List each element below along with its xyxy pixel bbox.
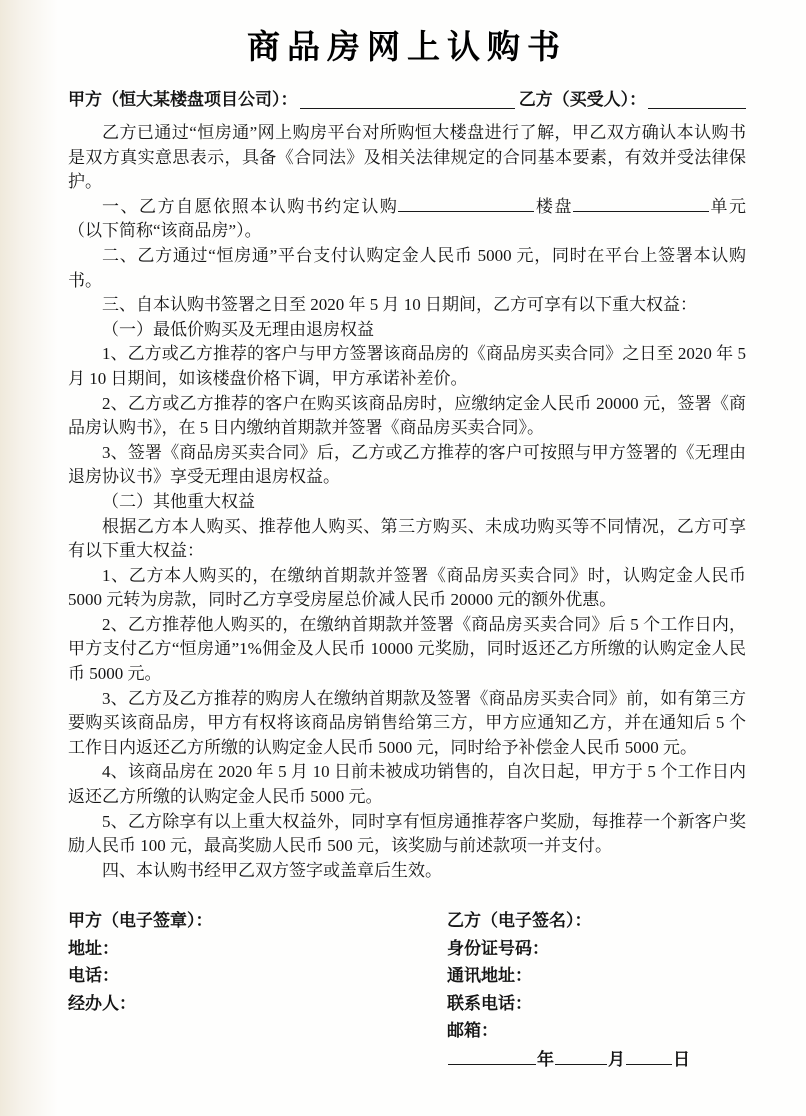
paragraph: 四、本认购书经甲乙双方签字或盖章后生效。	[68, 859, 746, 884]
text-run: 日	[673, 1050, 690, 1069]
party-b-name-blank[interactable]	[648, 94, 746, 109]
scan-edge-shading	[0, 0, 58, 1116]
party-b-signature-labels: 乙方（电子签名）：身份证号码：通讯地址：联系电话：邮箱：	[447, 907, 746, 1045]
signature-label: 邮箱：	[447, 1017, 746, 1045]
text-run: 3、乙方及乙方推荐的购房人在缴纳首期款及签署《商品房买卖合同》前，如有第三方要购…	[68, 689, 746, 757]
text-run: 1、乙方或乙方推荐的客户与甲方签署该商品房的《商品房买卖合同》之日至 2020 …	[68, 344, 746, 388]
party-header-line: 甲方（恒大某楼盘项目公司）： 乙方（买受人）：	[68, 88, 746, 112]
text-run: 根据乙方本人购买、推荐他人购买、第三方购买、未成功购买等不同情况，乙方可享有以下…	[68, 517, 746, 561]
text-run: （一）最低价购买及无理由退房权益	[102, 320, 374, 339]
paragraph: 三、自本认购书签署之日至 2020 年 5 月 10 日期间，乙方可享有以下重大…	[68, 293, 746, 318]
paragraph: 5、乙方除享有以上重大权益外，同时享有恒房通推荐客户奖励，每推荐一个新客户奖励人…	[68, 810, 746, 859]
text-run: 2、乙方推荐他人购买的，在缴纳首期款并签署《商品房买卖合同》后 5 个工作日内，…	[68, 615, 746, 683]
signature-date-line: 年月日	[447, 1046, 746, 1074]
text-run: 年	[537, 1050, 554, 1069]
text-run: 三、自本认购书签署之日至 2020 年 5 月 10 日期间，乙方可享有以下重大…	[102, 295, 697, 314]
paragraph: 一、乙方自愿依照本认购书约定认购楼盘单元（以下简称“该商品房”）。	[68, 195, 746, 244]
signature-label: 通讯地址：	[447, 962, 746, 990]
paragraph: 4、该商品房在 2020 年 5 月 10 日前未被成功销售的，自次日起，甲方于…	[68, 760, 746, 809]
paragraph: 1、乙方或乙方推荐的客户与甲方签署该商品房的《商品房买卖合同》之日至 2020 …	[68, 342, 746, 391]
fill-in-blank[interactable]	[448, 1049, 536, 1065]
body-paragraphs: 乙方已通过“恒房通”网上购房平台对所购恒大楼盘进行了解，甲乙双方确认本认购书是双…	[68, 121, 746, 883]
signature-block: 甲方（电子签章）：地址：电话：经办人： 乙方（电子签名）：身份证号码：通讯地址：…	[68, 907, 746, 1073]
text-run: 四、本认购书经甲乙双方签字或盖章后生效。	[102, 861, 442, 880]
text-run: 4、该商品房在 2020 年 5 月 10 日前未被成功销售的，自次日起，甲方于…	[68, 762, 746, 806]
fill-in-blank[interactable]	[398, 196, 534, 212]
document-title: 商品房网上认购书	[68, 26, 746, 68]
fill-in-blank[interactable]	[573, 196, 709, 212]
paragraph: 2、乙方推荐他人购买的，在缴纳首期款并签署《商品房买卖合同》后 5 个工作日内，…	[68, 613, 746, 687]
paragraph: （二）其他重大权益	[68, 490, 746, 515]
signature-label: 地址：	[68, 935, 447, 963]
text-run: 月	[608, 1050, 625, 1069]
signature-label: 电话：	[68, 962, 447, 990]
paragraph: 乙方已通过“恒房通”网上购房平台对所购恒大楼盘进行了解，甲乙双方确认本认购书是双…	[68, 121, 746, 195]
signature-label: 甲方（电子签章）：	[68, 907, 447, 935]
signature-label: 身份证号码：	[447, 935, 746, 963]
signature-label: 联系电话：	[447, 990, 746, 1018]
text-run: 二、乙方通过“恒房通”平台支付认购定金人民币 5000 元，同时在平台上签署本认…	[68, 246, 746, 290]
text-run: 一、乙方自愿依照本认购书约定认购	[102, 197, 398, 216]
signature-label: 经办人：	[68, 990, 447, 1018]
text-run: 5、乙方除享有以上重大权益外，同时享有恒房通推荐客户奖励，每推荐一个新客户奖励人…	[68, 812, 746, 856]
text-run: 3、签署《商品房买卖合同》后，乙方或乙方推荐的客户可按照与甲方签署的《无理由退房…	[68, 443, 746, 487]
document-page: 商品房网上认购书 甲方（恒大某楼盘项目公司）： 乙方（买受人）： 乙方已通过“恒…	[68, 0, 746, 1073]
text-run: 乙方已通过“恒房通”网上购房平台对所购恒大楼盘进行了解，甲乙双方确认本认购书是双…	[68, 123, 746, 191]
paragraph: 根据乙方本人购买、推荐他人购买、第三方购买、未成功购买等不同情况，乙方可享有以下…	[68, 515, 746, 564]
text-run: 楼盘	[534, 197, 573, 216]
paragraph: 二、乙方通过“恒房通”平台支付认购定金人民币 5000 元，同时在平台上签署本认…	[68, 244, 746, 293]
party-a-signature-column: 甲方（电子签章）：地址：电话：经办人：	[68, 907, 447, 1073]
fill-in-blank[interactable]	[555, 1049, 607, 1065]
text-run: 2、乙方或乙方推荐的客户在购买该商品房时，应缴纳定金人民币 20000 元，签署…	[68, 394, 746, 438]
party-b-label: 乙方（买受人）：	[519, 88, 647, 112]
party-a-name-blank[interactable]	[300, 94, 515, 109]
party-b-signature-column: 乙方（电子签名）：身份证号码：通讯地址：联系电话：邮箱： 年月日	[447, 907, 746, 1073]
paragraph: 3、签署《商品房买卖合同》后，乙方或乙方推荐的客户可按照与甲方签署的《无理由退房…	[68, 441, 746, 490]
fill-in-blank[interactable]	[626, 1049, 672, 1065]
paragraph: 2、乙方或乙方推荐的客户在购买该商品房时，应缴纳定金人民币 20000 元，签署…	[68, 392, 746, 441]
paragraph: （一）最低价购买及无理由退房权益	[68, 318, 746, 343]
party-a-label: 甲方（恒大某楼盘项目公司）：	[68, 88, 298, 112]
text-run: （二）其他重大权益	[102, 492, 255, 511]
paragraph: 1、乙方本人购买的，在缴纳首期款并签署《商品房买卖合同》时，认购定金人民币 50…	[68, 564, 746, 613]
paragraph: 3、乙方及乙方推荐的购房人在缴纳首期款及签署《商品房买卖合同》前，如有第三方要购…	[68, 687, 746, 761]
text-run: 1、乙方本人购买的，在缴纳首期款并签署《商品房买卖合同》时，认购定金人民币 50…	[68, 566, 746, 610]
signature-label: 乙方（电子签名）：	[447, 907, 746, 935]
